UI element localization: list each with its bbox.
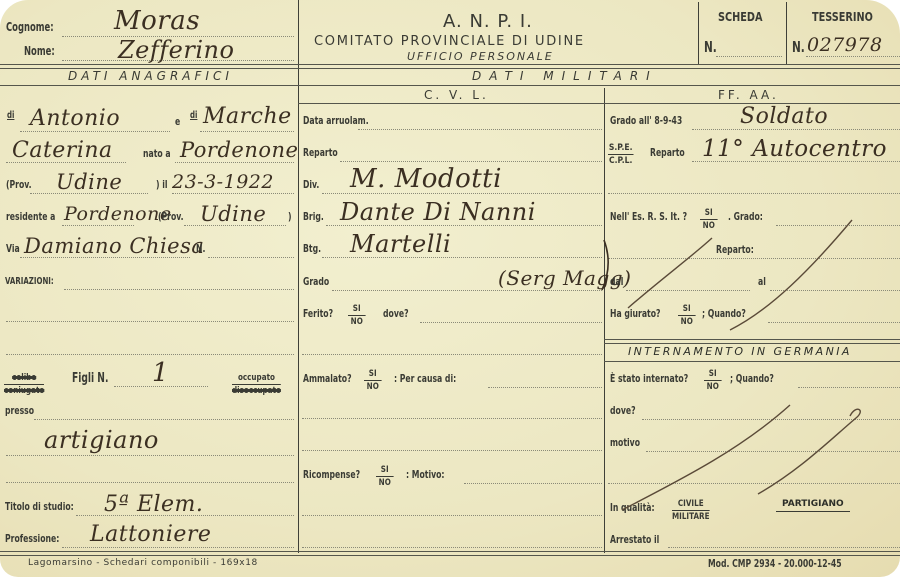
div-value[interactable]: M. Modotti [350,164,502,194]
printer-note: Lagomarsino - Schedari componibili - 169… [28,558,258,568]
ammalato-line-2[interactable] [302,418,602,419]
divider-scheda [698,2,699,64]
presso-dots [34,419,294,420]
nome-value[interactable]: Zefferino [118,36,234,64]
padre-value[interactable]: Antonio [30,106,120,131]
arrestato-field[interactable] [668,547,900,548]
tesserino-n-label: N. [792,38,805,56]
ffaa-reparto-value[interactable]: 11° Autocentro [702,136,887,162]
btg-label: Btg. [303,242,321,255]
civile-militare-selector[interactable]: CIVILE MILITARE [672,498,710,523]
stato-civile-selector[interactable]: celibe coniugato [4,372,44,397]
si-option: SI [348,303,365,316]
residente-prov-label: (Prov. [158,210,184,223]
residente-prov-close: ) [288,210,292,223]
figli-label: Figli N. [72,371,108,386]
no-option: NO [376,477,393,489]
scheda-field[interactable] [716,56,782,57]
nato-label: nato a [143,147,171,160]
prov-value[interactable]: Udine [56,170,122,194]
figli-value[interactable]: 1 [152,358,169,388]
via-label: Via [6,242,20,255]
motivo-label: : Motivo: [406,468,445,481]
rsi-reparto-field[interactable] [608,258,900,259]
celibe-option: celibe [4,372,44,385]
nome-label: Nome: [24,44,55,58]
internato-dove-label: dove? [610,404,636,417]
via-value[interactable]: Damiano Chiesa [24,234,204,258]
ferito-line-2[interactable] [302,354,602,355]
rule-internamento-top [604,339,900,344]
ffaa-reparto-label: Reparto [650,146,685,159]
rsi-label: Nell' Es. R. S. It. ? [610,210,687,223]
no-option: NO [704,381,721,393]
giurato-si-no[interactable]: SI NO [678,303,695,328]
cpl-option: C.P.L. [608,155,633,167]
variazioni-line-1[interactable] [64,289,294,290]
ffaa-blank-line[interactable] [608,193,900,194]
occupato-option: occupato [232,372,281,385]
professione-label: Professione: [5,532,59,545]
grado-8943-dots [692,129,900,130]
div-label: Div. [303,178,319,191]
professione-value[interactable]: Lattoniere [90,522,211,547]
btg-value[interactable]: Martelli [350,230,451,258]
office-title: UFFICIO PERSONALE [407,50,554,63]
variazioni-label: VARIAZIONI: [5,276,54,287]
tesserino-value[interactable]: 027978 [807,34,883,56]
ferito-label: Ferito? [303,307,333,320]
ricompense-line-2[interactable] [302,515,602,516]
residente-dots [62,225,134,226]
ferito-si-no[interactable]: SI NO [348,303,365,328]
brig-value[interactable]: Dante Di Nanni [340,198,536,226]
variazioni-line-2[interactable] [6,321,294,322]
ricompense-line-3[interactable] [302,547,602,548]
cognome-value[interactable]: Moras [114,6,200,36]
giurato-quando-field[interactable] [768,322,900,323]
ricompense-label: Ricompense? [303,468,360,481]
internato-si-no[interactable]: SI NO [704,368,721,393]
numero-label: N. [196,242,205,255]
scheda-label: SCHEDA [718,10,762,24]
madre-label: di [190,110,197,121]
divider-right [604,88,605,553]
rule-internamento-bottom [604,361,900,362]
dove-field[interactable] [420,322,602,323]
madre-surname-value[interactable]: Marche [203,104,292,129]
civile-option: CIVILE [672,498,710,511]
residente-value[interactable]: Pordenone [64,203,172,225]
residente-label: residente a [6,210,55,223]
nato-value[interactable]: Pordenone [180,138,298,162]
ammalato-si-no[interactable]: SI NO [364,368,381,393]
data-arruolamento-label: Data arruolam. [303,114,369,127]
rule-section [0,85,900,86]
partigiano-option[interactable]: PARTIGIANO [776,498,850,512]
giurato-quando-label: ; Quando? [702,307,746,320]
dal-field[interactable] [626,290,750,291]
padre-dots [20,131,170,132]
internato-motivo-field[interactable] [646,451,900,452]
tesserino-label: TESSERINO [812,10,873,24]
data-nascita-label: ) il [156,178,168,191]
dati-anagrafici-title: DATI ANAGRAFICI [68,69,233,83]
rsi-grado-label: . Grado: [728,210,763,223]
model-note: Mod. CMP 2934 - 20.000-12-45 [708,557,842,570]
ammalato-label: Ammalato? [303,372,352,385]
data-arruolamento-field[interactable] [358,129,602,130]
internato-quando-field[interactable] [798,387,900,388]
qualita-label: In qualità: [610,501,655,514]
no-option: NO [364,381,381,393]
militare-option: MILITARE [672,511,710,523]
rule-footer [0,551,900,556]
rsi-si-no[interactable]: SI NO [700,207,717,232]
presso-value[interactable]: artigiano [44,426,159,454]
al-field[interactable] [770,290,900,291]
dove-label: dove? [383,307,409,320]
madre-connector: e [175,115,180,128]
numero-field[interactable] [208,257,294,258]
nato-dots [175,162,294,163]
si-option: SI [376,464,393,477]
ricompense-si-no[interactable]: SI NO [376,464,393,489]
motivo-field[interactable] [464,483,602,484]
internato-motivo-label: motivo [610,436,640,449]
per-causa-label: : Per causa di: [394,372,456,385]
disoccupato-option: disoccupato [232,385,281,397]
internato-line-2[interactable] [608,483,900,484]
org-title: A. N. P. I. [443,11,533,32]
internato-quando-label: ; Quando? [730,372,774,385]
ffaa-title: FF. AA. [718,88,779,102]
coniugato-option: coniugato [4,385,44,397]
si-option: SI [678,303,695,316]
madre-name-value[interactable]: Caterina [12,138,113,163]
cvl-reparto-label: Reparto [303,146,338,159]
variazioni-line-3[interactable] [6,354,294,355]
presso-label: presso [5,404,34,417]
internamento-title: INTERNAMENTO IN GERMANIA [628,345,852,358]
no-option: NO [700,220,717,232]
al-label: al [758,275,766,288]
rsi-reparto-label: Reparto: [716,243,754,256]
madre-dots [200,131,294,132]
spe-option: S.P.E. [608,142,633,155]
dal-label: dal [610,275,623,288]
prov-label: (Prov. [6,178,32,191]
residente-prov-value[interactable]: Udine [200,202,266,226]
grado-8943-value[interactable]: Soldato [740,104,828,129]
arrestato-label: Arrestato il [610,533,659,546]
cvl-grado-dots [332,290,602,291]
dati-militari-title: DATI MILITARI [472,69,658,83]
anpi-personnel-card: Cognome: Moras Nome: Zefferino A. N. P. … [0,0,900,577]
scheda-n-label: N. [704,38,717,56]
per-causa-field[interactable] [488,387,602,388]
cvl-title: C. V. L. [424,88,489,102]
spe-cpl-selector[interactable]: S.P.E. C.P.L. [608,142,633,167]
no-option: NO [348,316,365,328]
si-option: SI [704,368,721,381]
professione-dots [62,547,294,548]
padre-label: di [7,110,14,121]
si-option: SI [700,207,717,220]
occupazione-selector[interactable]: occupato disoccupato [232,372,281,397]
cognome-label: Cognome: [6,20,54,34]
rsi-grado-field[interactable] [776,225,900,226]
si-option: SI [364,368,381,381]
presso-dots-2 [6,455,294,456]
giurato-label: Ha giurato? [610,307,661,320]
internato-label: È stato internato? [610,372,688,385]
committee-title: COMITATO PROVINCIALE DI UDINE [314,34,585,49]
cvl-reparto-field[interactable] [340,161,602,162]
brig-label: Brig. [303,210,324,223]
blank-line [6,482,294,483]
data-nascita-dots [172,193,294,194]
ammalato-line-3[interactable] [302,450,602,451]
divider-tesserino [786,2,787,64]
data-nascita-value[interactable]: 23-3-1922 [172,171,274,193]
no-option: NO [678,316,695,328]
divider-left [298,0,299,553]
titolo-studio-label: Titolo di studio: [5,500,74,513]
titolo-studio-value[interactable]: 5ª Elem. [104,492,203,517]
internato-dove-field[interactable] [642,419,900,420]
tesserino-dots [806,56,900,57]
grado-8943-label: Grado all' 8-9-43 [610,114,682,127]
cvl-grado-label: Grado [303,275,329,288]
